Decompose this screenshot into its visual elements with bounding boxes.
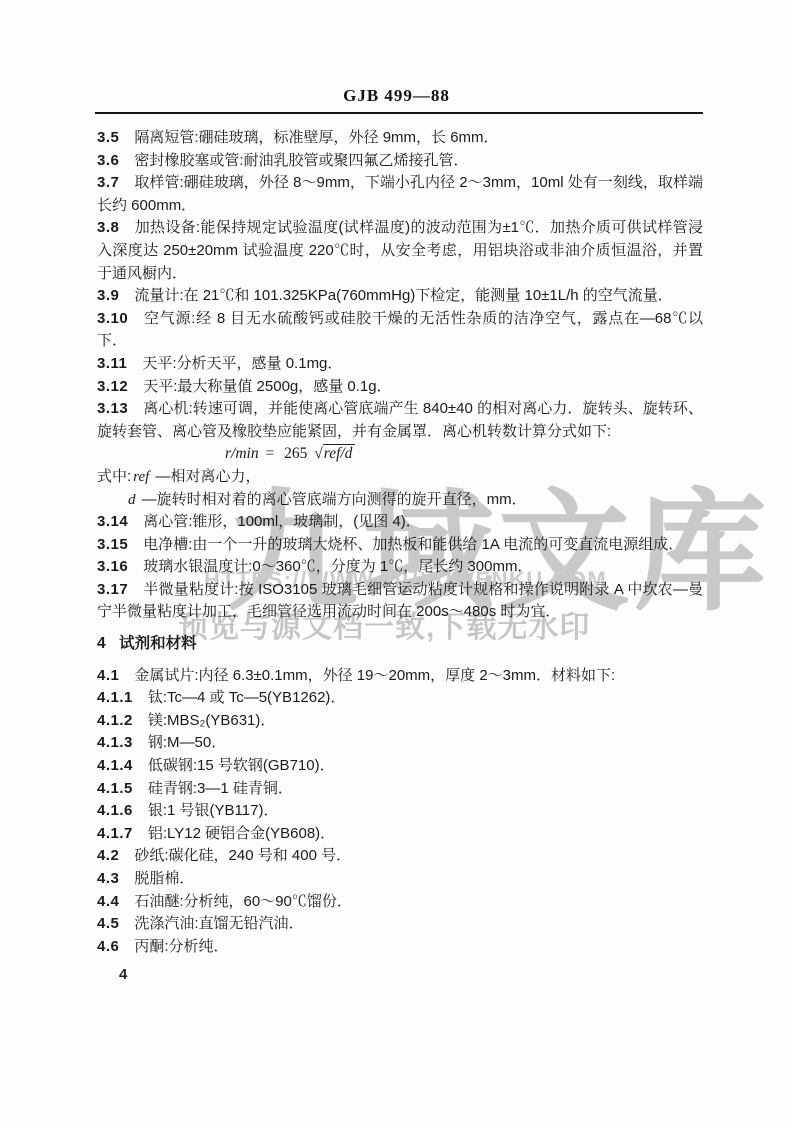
spec-item: 3.13离心机:转速可调，并能使离心管底端产生 840±40 的相对离心力．旋转… bbox=[97, 398, 703, 443]
where-prefix: 式中: bbox=[97, 468, 131, 485]
section-number: 4 bbox=[97, 635, 106, 652]
spec-item: 4.6丙酮:分析纯． bbox=[97, 936, 703, 959]
section-title: 试剂和材料 bbox=[119, 635, 197, 652]
item-number: 3.13 bbox=[97, 400, 128, 417]
spec-item: 4.1.1钛:Tc—4 或 Tc—5(YB1262)． bbox=[97, 687, 703, 710]
item-number: 3.16 bbox=[97, 558, 128, 575]
item-text: 石油醚:分析纯，60～90℃馏份． bbox=[134, 893, 352, 910]
item-text: 离心管:锥形，100ml，玻璃制，(见图 4)． bbox=[143, 513, 421, 530]
item-number: 4.1.2 bbox=[97, 712, 133, 729]
item-text: 流量计:在 21℃和 101.325KPa(760mmHg)下检定，能测量 10… bbox=[134, 287, 672, 304]
item-number: 4.1.4 bbox=[97, 757, 133, 774]
scanned-standard-page: 九域文库 HTTPS://WWW.JIUYUWENKU.COM 预览与源文档一致… bbox=[0, 0, 793, 1122]
item-text: 离心机:转速可调，并能使离心管底端产生 840±40 的相对离心力．旋转头、旋转… bbox=[97, 400, 703, 440]
item-text: 低碳钢:15 号软钢(GB710)． bbox=[148, 757, 335, 774]
spec-item: 4.1金属试片:内径 6.3±0.1mm，外径 19～20mm，厚度 2～3mm… bbox=[97, 665, 703, 688]
where-var-ref: ref bbox=[131, 469, 151, 485]
item-text: 镁:MBS₂(YB631)． bbox=[148, 712, 276, 729]
radical-sign: √ bbox=[314, 445, 323, 462]
item-text: 天平:最大称量值 2500g，感量 0.1g． bbox=[143, 378, 391, 395]
spec-item: 4.1.5硅青钢:3—1 硅青铜． bbox=[97, 778, 703, 801]
item-text: 玻璃水银温度计:0～360℃，分度为 1℃，尾长约 300mm． bbox=[143, 558, 532, 575]
item-text: 丙酮:分析纯． bbox=[134, 938, 228, 955]
item-text: 脱脂棉． bbox=[134, 870, 194, 887]
item-number: 3.12 bbox=[97, 378, 128, 395]
spec-item: 3.10空气源:经 8 目无水硫酸钙或硅胶干燥的无活性杂质的洁净空气，露点在—6… bbox=[97, 308, 703, 353]
item-number: 4.1.1 bbox=[97, 689, 133, 706]
item-text: 取样管:硼硅玻璃，外径 8～9mm，下端小孔内径 2～3mm，10ml 处有一刻… bbox=[97, 174, 703, 214]
spec-item: 4.1.7铝:LY12 硬铝合金(YB608)． bbox=[97, 823, 703, 846]
spec-item: 4.1.3钢:M—50． bbox=[97, 732, 703, 755]
spec-item: 3.7取样管:硼硅玻璃，外径 8～9mm，下端小孔内径 2～3mm，10ml 处… bbox=[97, 172, 703, 217]
spec-item: 4.4石油醚:分析纯，60～90℃馏份． bbox=[97, 891, 703, 914]
where-text: —相对离心力， bbox=[155, 468, 260, 485]
item-text: 钛:Tc—4 或 Tc—5(YB1262)． bbox=[148, 689, 346, 706]
document-number: GJB 499—88 bbox=[0, 86, 793, 106]
spec-item: 3.6密封橡胶塞或管:耐油乳胶管或聚四氟乙烯接孔管． bbox=[97, 150, 703, 173]
item-text: 隔离短管:硼硅玻璃，标准壁厚，外径 9mm，长 6mm． bbox=[134, 129, 498, 146]
formula-equals: = bbox=[262, 445, 277, 462]
item-text: 钢:M—50． bbox=[148, 734, 226, 751]
item-text: 天平:分析天平，感量 0.1mg． bbox=[142, 355, 342, 372]
spec-item: 3.11天平:分析天平，感量 0.1mg． bbox=[97, 353, 703, 376]
item-number: 4.3 bbox=[97, 870, 119, 887]
item-number: 3.10 bbox=[97, 310, 128, 327]
item-number: 4.2 bbox=[97, 847, 119, 864]
item-number: 3.7 bbox=[97, 174, 119, 191]
where-var-d: d bbox=[126, 492, 138, 508]
item-number: 4.1.6 bbox=[97, 802, 133, 819]
item-number: 4.6 bbox=[97, 938, 119, 955]
item-text: 加热设备:能保持规定试验温度(试样温度)的波动范围为±1℃．加热介质可供试样管浸… bbox=[97, 219, 703, 281]
content-layer: GJB 499—88 3.5隔离短管:硼硅玻璃，标准壁厚，外径 9mm，长 6m… bbox=[0, 0, 793, 1122]
item-number: 3.8 bbox=[97, 219, 119, 236]
item-number: 4.5 bbox=[97, 915, 119, 932]
item-number: 3.14 bbox=[97, 513, 128, 530]
section-4-heading: 4试剂和材料 bbox=[97, 633, 703, 656]
document-body: 3.5隔离短管:硼硅玻璃，标准壁厚，外径 9mm，长 6mm． 3.6密封橡胶塞… bbox=[97, 127, 703, 958]
item-text: 金属试片:内径 6.3±0.1mm，外径 19～20mm，厚度 2～3mm．材料… bbox=[134, 667, 615, 684]
spec-item: 3.16玻璃水银温度计:0～360℃，分度为 1℃，尾长约 300mm． bbox=[97, 556, 703, 579]
formula-lhs: r/min bbox=[225, 445, 259, 462]
item-number: 4.1.5 bbox=[97, 780, 133, 797]
item-number: 3.15 bbox=[97, 536, 128, 553]
formula-where-line-2: d —旋转时相对着的离心管底端方向测得的旋开直径，mm． bbox=[97, 489, 703, 512]
page-number: 4 bbox=[119, 966, 127, 983]
spec-item: 3.9流量计:在 21℃和 101.325KPa(760mmHg)下检定，能测量… bbox=[97, 285, 703, 308]
formula-coefficient: 265 bbox=[281, 445, 310, 462]
item-text: 银:1 号银(YB117)． bbox=[148, 802, 279, 819]
spec-item: 3.5隔离短管:硼硅玻璃，标准壁厚，外径 9mm，长 6mm． bbox=[97, 127, 703, 150]
item-text: 半微量粘度计:按 ISO3105 玻璃毛细管运动粘度计规格和操作说明附录 A 中… bbox=[97, 581, 703, 621]
radicand: ref/d bbox=[323, 444, 356, 462]
spec-item: 3.8加热设备:能保持规定试验温度(试样温度)的波动范围为±1℃．加热介质可供试… bbox=[97, 217, 703, 285]
item-number: 4.1 bbox=[97, 667, 119, 684]
spec-item: 4.3脱脂棉． bbox=[97, 868, 703, 891]
item-number: 4.1.7 bbox=[97, 825, 133, 842]
item-text: 硅青钢:3—1 硅青铜． bbox=[148, 780, 293, 797]
item-number: 3.17 bbox=[97, 581, 128, 598]
header-rule bbox=[95, 112, 703, 114]
spec-item: 4.1.4低碳钢:15 号软钢(GB710)． bbox=[97, 755, 703, 778]
item-text: 洗涤汽油:直馏无铅汽油． bbox=[134, 915, 303, 932]
item-text: 密封橡胶塞或管:耐油乳胶管或聚四氟乙烯接孔管． bbox=[134, 152, 468, 169]
item-text: 电净槽:由一个一升的玻璃大烧杯、加热板和能供给 1A 电流的可变直流电源组成． bbox=[143, 536, 683, 553]
spec-item: 3.15电净槽:由一个一升的玻璃大烧杯、加热板和能供给 1A 电流的可变直流电源… bbox=[97, 534, 703, 557]
spec-item: 4.1.2镁:MBS₂(YB631)． bbox=[97, 710, 703, 733]
centrifuge-rpm-formula: r/min = 265 √ref/d bbox=[97, 443, 703, 466]
spec-item: 3.17半微量粘度计:按 ISO3105 玻璃毛细管运动粘度计规格和操作说明附录… bbox=[97, 579, 703, 624]
item-number: 3.9 bbox=[97, 287, 119, 304]
item-number: 4.4 bbox=[97, 893, 119, 910]
where-text: —旋转时相对着的离心管底端方向测得的旋开直径，mm． bbox=[142, 491, 527, 508]
sqrt-expression: √ref/d bbox=[314, 443, 355, 466]
item-number: 4.1.3 bbox=[97, 734, 133, 751]
spec-item: 4.1.6银:1 号银(YB117)． bbox=[97, 800, 703, 823]
formula-where-line-1: 式中:ref —相对离心力， bbox=[97, 466, 703, 489]
spec-item: 3.12天平:最大称量值 2500g，感量 0.1g． bbox=[97, 376, 703, 399]
spec-item: 4.5洗涤汽油:直馏无铅汽油． bbox=[97, 913, 703, 936]
spec-item: 3.14离心管:锥形，100ml，玻璃制，(见图 4)． bbox=[97, 511, 703, 534]
item-text: 铝:LY12 硬铝合金(YB608)． bbox=[148, 825, 335, 842]
item-number: 3.11 bbox=[97, 355, 127, 372]
spec-item: 4.2砂纸:碳化硅，240 号和 400 号． bbox=[97, 845, 703, 868]
item-number: 3.6 bbox=[97, 152, 119, 169]
item-number: 3.5 bbox=[97, 129, 119, 146]
item-text: 砂纸:碳化硅，240 号和 400 号． bbox=[134, 847, 351, 864]
item-text: 空气源:经 8 目无水硫酸钙或硅胶干燥的无活性杂质的洁净空气，露点在—68℃以下… bbox=[97, 310, 703, 350]
